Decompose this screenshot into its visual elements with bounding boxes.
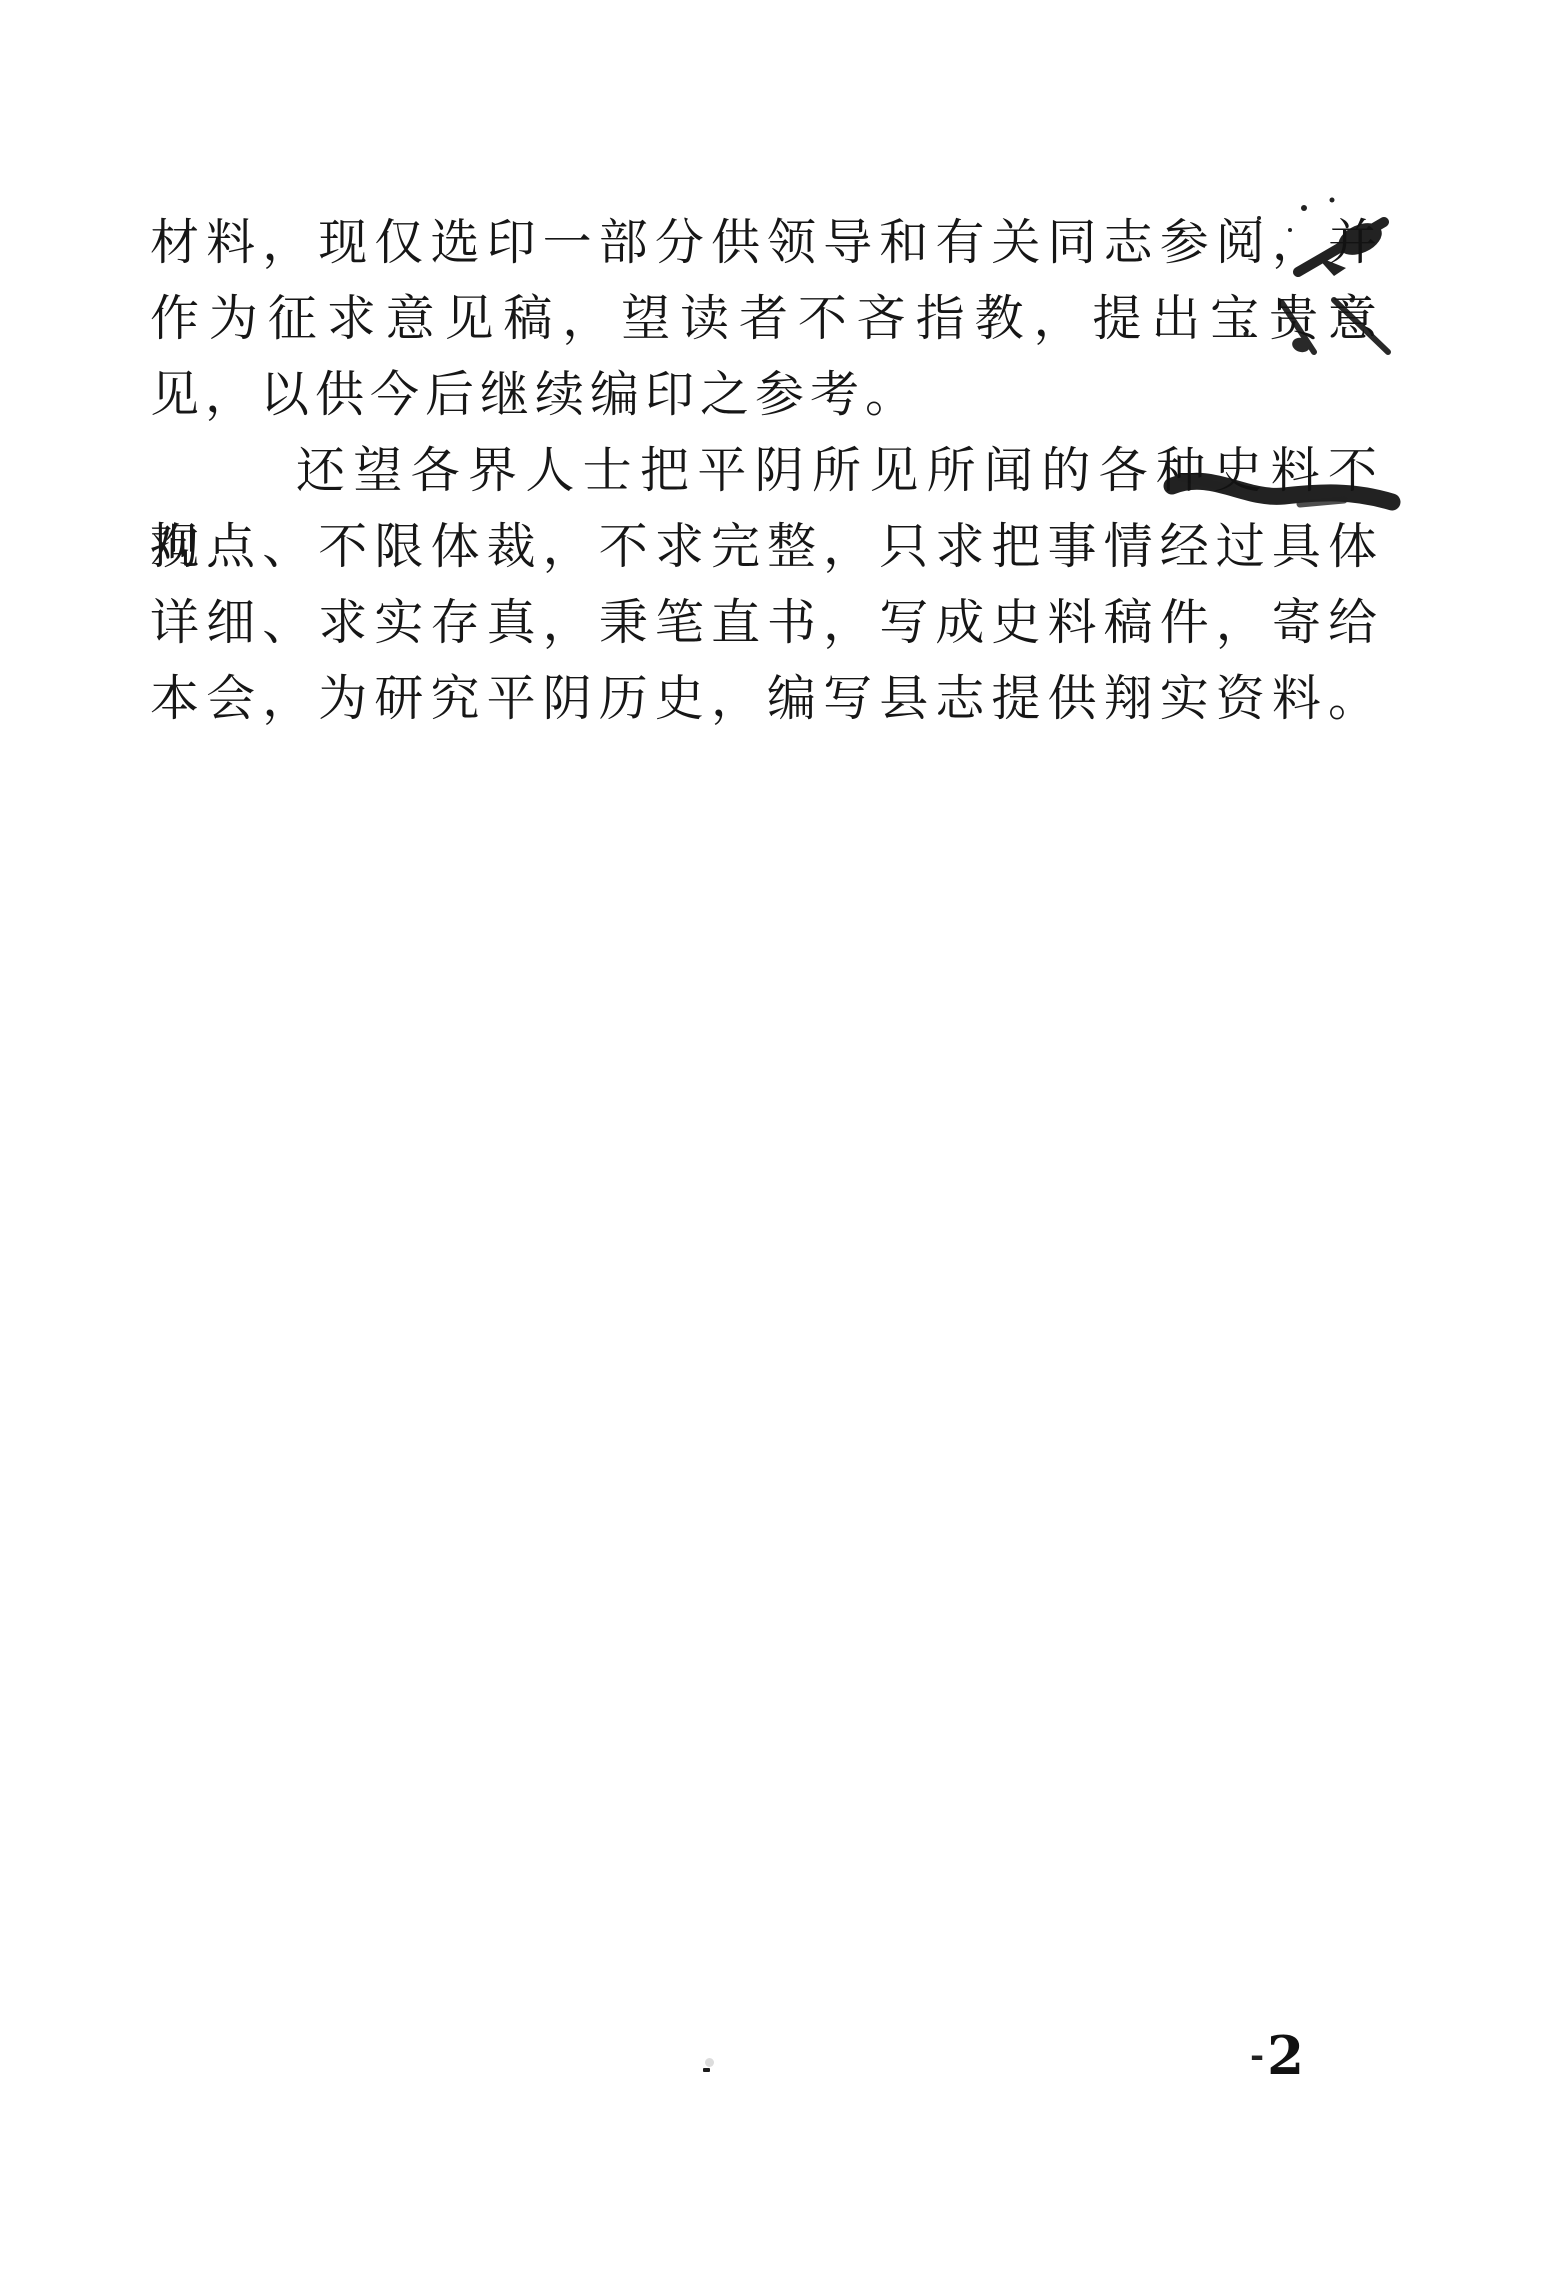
stray-ink-speck [703,2068,710,2072]
footer-dash-mark: - [1250,2028,1264,2084]
text-line-4: 还望各界人士把平阴所见所闻的各种史料不拘 [150,433,1383,509]
text-line-7: 本会，为研究平阴历史，编写县志提供翔实资料。 [150,661,1383,737]
text-line-3: 见，以供今后继续编印之参考。 [150,357,1383,433]
scanned-page: 材料，现仅选印一部分供领导和有关同志参阅，并 作为征求意见稿，望读者不吝指教，提… [0,0,1566,2292]
text-line-2: 作为征求意见稿，望读者不吝指教，提出宝贵意 [150,281,1383,357]
page-footer: - 2 [1250,2028,1304,2084]
page-number: 2 [1267,2028,1304,2084]
text-line-1: 材料，现仅选印一部分供领导和有关同志参阅，并 [150,205,1383,281]
text-line-5: 观点、不限体裁，不求完整，只求把事情经过具体 [150,509,1383,585]
stray-ink-speck-faint [705,2058,714,2067]
body-text: 材料，现仅选印一部分供领导和有关同志参阅，并 作为征求意见稿，望读者不吝指教，提… [150,205,1383,737]
text-line-6: 详细、求实存真，秉笔直书，写成史料稿件，寄给 [150,585,1383,661]
